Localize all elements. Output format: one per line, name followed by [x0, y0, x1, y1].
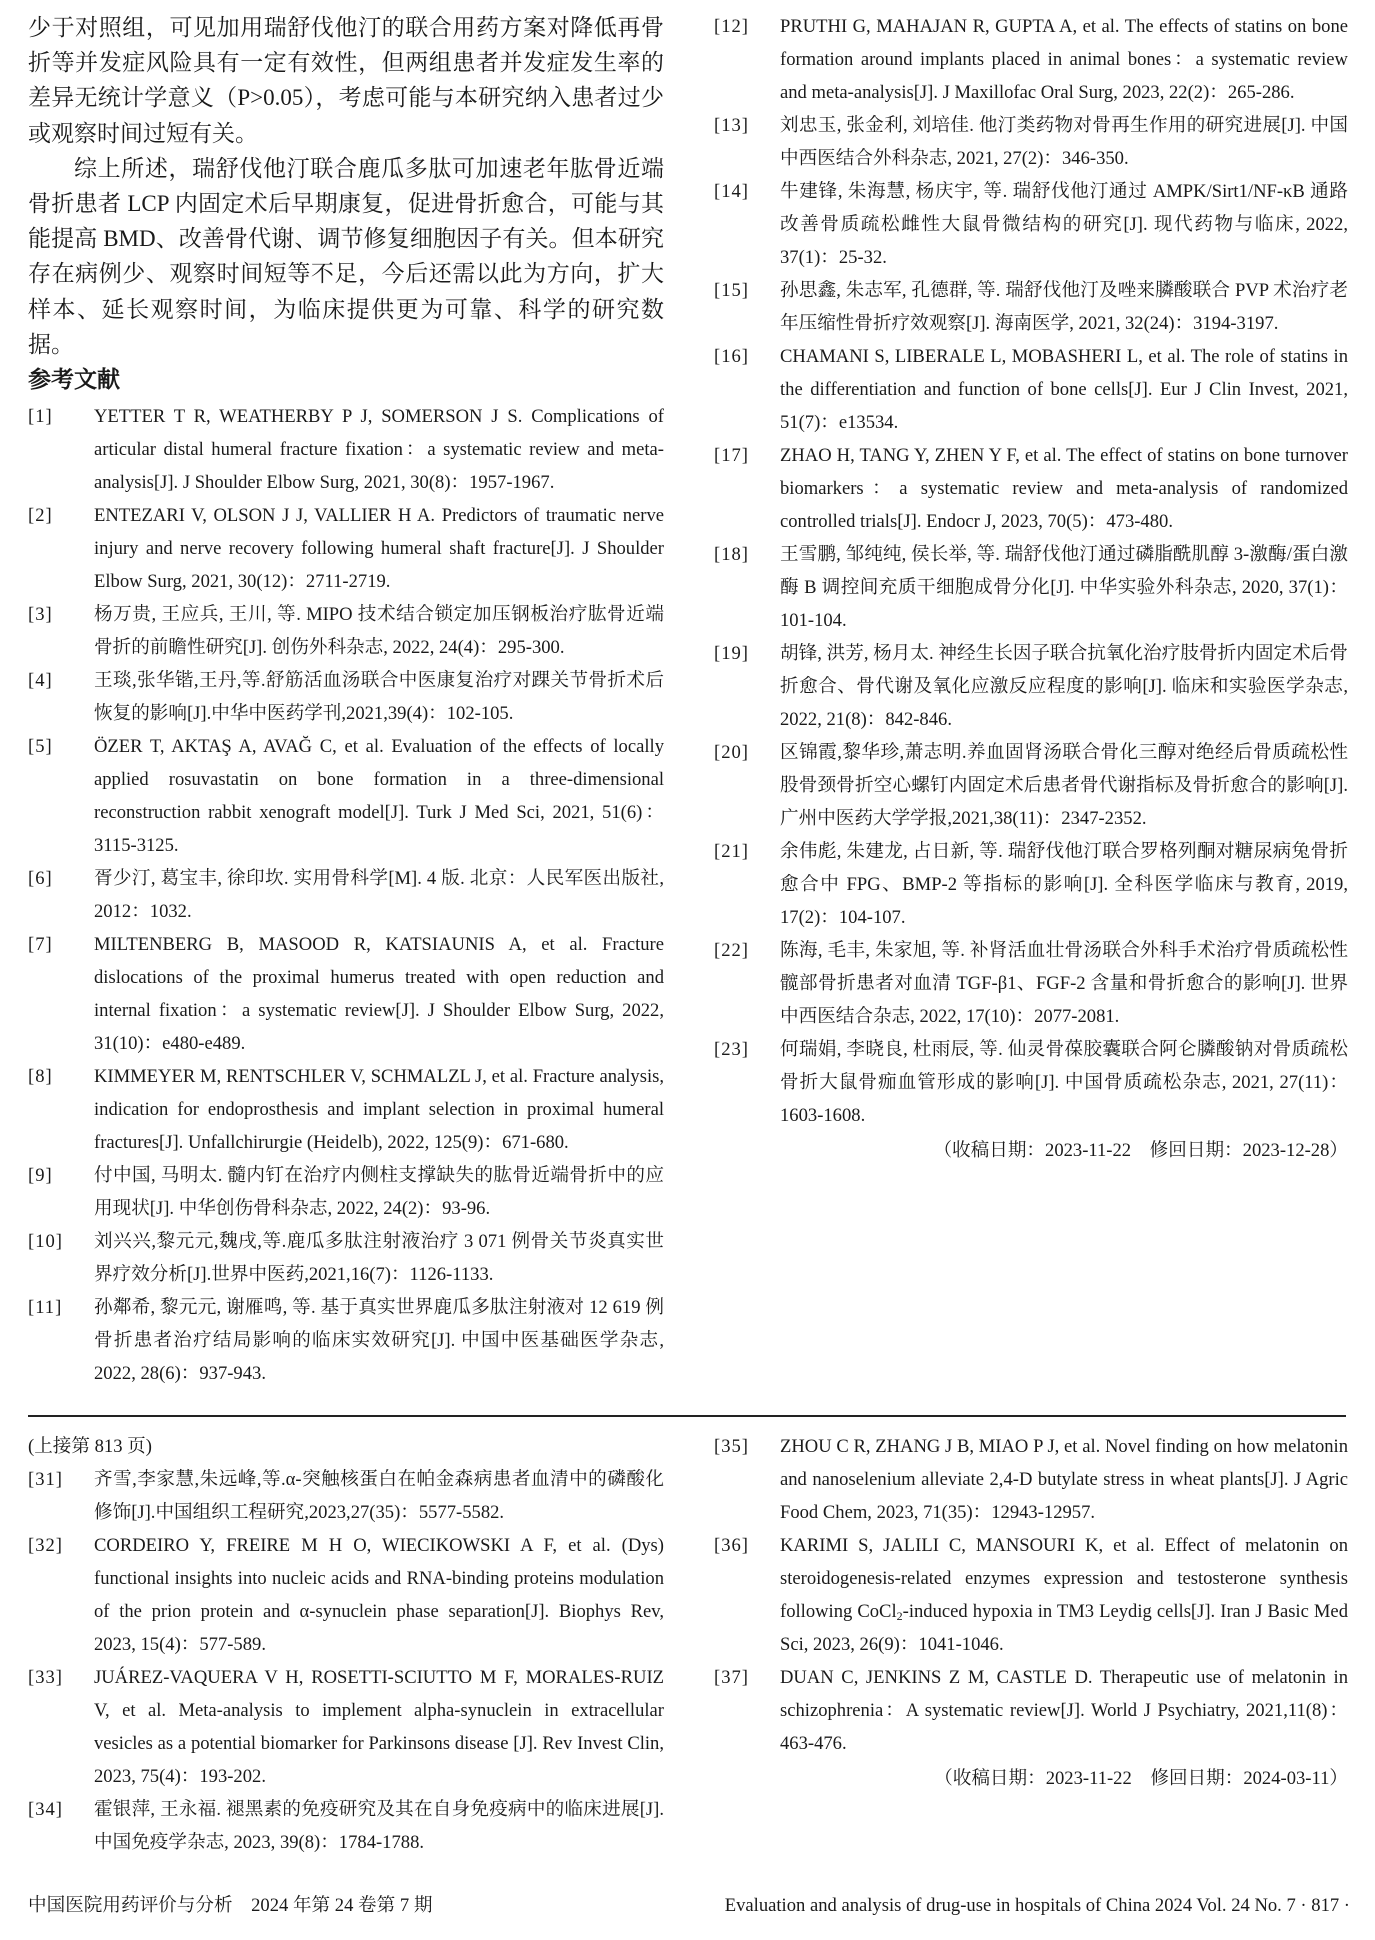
- reference-text: 余伟彪, 朱建龙, 占日新, 等. 瑞舒伐他汀联合罗格列酮对糖尿病兔骨折愈合中 …: [780, 835, 1348, 934]
- reference-text: DUAN C, JENKINS Z M, CASTLE D. Therapeut…: [780, 1661, 1348, 1760]
- lower-right-column: [35]ZHOU C R, ZHANG J B, MIAO P J, et al…: [714, 1430, 1348, 1795]
- reference-number: [10]: [28, 1225, 94, 1291]
- reference-item: [1]YETTER T R, WEATHERBY P J, SOMERSON J…: [28, 400, 664, 499]
- reference-number: [36]: [714, 1529, 780, 1661]
- reference-item: [16]CHAMANI S, LIBERALE L, MOBASHERI L, …: [714, 340, 1348, 439]
- body-paragraph: 少于对照组，可见加用瑞舒伐他汀的联合用药方案对降低再骨折等并发症风险具有一定有效…: [28, 10, 664, 151]
- reference-item: [10]刘兴兴,黎元元,魏戌,等.鹿瓜多肽注射液治疗 3 071 例骨关节炎真实…: [28, 1225, 664, 1291]
- reference-number: [21]: [714, 835, 780, 934]
- lower-left-column: (上接第 813 页) [31]齐雪,李家慧,朱远峰,等.α-突触核蛋白在帕金森…: [28, 1430, 664, 1859]
- reference-item: [35]ZHOU C R, ZHANG J B, MIAO P J, et al…: [714, 1430, 1348, 1529]
- reference-list: [1]YETTER T R, WEATHERBY P J, SOMERSON J…: [28, 400, 664, 1390]
- reference-text: PRUTHI G, MAHAJAN R, GUPTA A, et al. The…: [780, 10, 1348, 109]
- reference-number: [12]: [714, 10, 780, 109]
- reference-text: 杨万贵, 王应兵, 王川, 等. MIPO 技术结合锁定加压钢板治疗肱骨近端骨折…: [94, 598, 664, 664]
- reference-number: [23]: [714, 1033, 780, 1132]
- reference-text: CORDEIRO Y, FREIRE M H O, WIECIKOWSKI A …: [94, 1529, 664, 1661]
- reference-number: [32]: [28, 1529, 94, 1661]
- reference-number: [18]: [714, 538, 780, 637]
- received-revised-dates: （收稿日期：2023-11-22 修回日期：2023-12-28）: [714, 1134, 1348, 1167]
- reference-item: [2]ENTEZARI V, OLSON J J, VALLIER H A. P…: [28, 499, 664, 598]
- reference-number: [13]: [714, 109, 780, 175]
- reference-text: 霍银萍, 王永福. 褪黑素的免疫研究及其在自身免疫病中的临床进展[J]. 中国免…: [94, 1793, 664, 1859]
- reference-text: 齐雪,李家慧,朱远峰,等.α-突触核蛋白在帕金森病患者血清中的磷酸化修饰[J].…: [94, 1463, 664, 1529]
- reference-text: 刘兴兴,黎元元,魏戌,等.鹿瓜多肽注射液治疗 3 071 例骨关节炎真实世界疗效…: [94, 1225, 664, 1291]
- page-footer: 中国医院用药评价与分析 2024 年第 24 卷第 7 期 Evaluation…: [28, 1893, 1350, 1919]
- reference-item: [4]王琰,张华锴,王丹,等.舒筋活血汤联合中医康复治疗对踝关节骨折术后恢复的影…: [28, 664, 664, 730]
- reference-text: 胡锋, 洪芳, 杨月太. 神经生长因子联合抗氧化治疗肢骨折内固定术后骨折愈合、骨…: [780, 637, 1348, 736]
- reference-list: [12]PRUTHI G, MAHAJAN R, GUPTA A, et al.…: [714, 10, 1348, 1132]
- reference-item: [34]霍银萍, 王永福. 褪黑素的免疫研究及其在自身免疫病中的临床进展[J].…: [28, 1793, 664, 1859]
- reference-item: [31]齐雪,李家慧,朱远峰,等.α-突触核蛋白在帕金森病患者血清中的磷酸化修饰…: [28, 1463, 664, 1529]
- reference-number: [17]: [714, 439, 780, 538]
- reference-text: YETTER T R, WEATHERBY P J, SOMERSON J S.…: [94, 400, 664, 499]
- reference-text: 王雪鹏, 邹纯纯, 侯长举, 等. 瑞舒伐他汀通过磷脂酰肌醇 3-激酶/蛋白激酶…: [780, 538, 1348, 637]
- reference-item: [20]区锦霞,黎华珍,萧志明.养血固肾汤联合骨化三醇对绝经后骨质疏松性股骨颈骨…: [714, 736, 1348, 835]
- reference-item: [19]胡锋, 洪芳, 杨月太. 神经生长因子联合抗氧化治疗肢骨折内固定术后骨折…: [714, 637, 1348, 736]
- references-heading: 参考文献: [28, 362, 664, 398]
- reference-text: 付中国, 马明太. 髓内钉在治疗内侧柱支撑缺失的肱骨近端骨折中的应用现状[J].…: [94, 1159, 664, 1225]
- reference-text: 孙思鑫, 朱志军, 孔德群, 等. 瑞舒伐他汀及唑来膦酸联合 PVP 术治疗老年…: [780, 274, 1348, 340]
- reference-number: [3]: [28, 598, 94, 664]
- reference-item: [7]MILTENBERG B, MASOOD R, KATSIAUNIS A,…: [28, 928, 664, 1060]
- reference-number: [1]: [28, 400, 94, 499]
- reference-text: 胥少汀, 葛宝丰, 徐印坎. 实用骨科学[M]. 4 版. 北京：人民军医出版社…: [94, 862, 664, 928]
- reference-item: [6]胥少汀, 葛宝丰, 徐印坎. 实用骨科学[M]. 4 版. 北京：人民军医…: [28, 862, 664, 928]
- reference-item: [14]牛建锋, 朱海慧, 杨庆宇, 等. 瑞舒伐他汀通过 AMPK/Sirt1…: [714, 175, 1348, 274]
- reference-number: [6]: [28, 862, 94, 928]
- reference-item: [23]何瑞娟, 李晓良, 杜雨辰, 等. 仙灵骨葆胶囊联合阿仑膦酸钠对骨质疏松…: [714, 1033, 1348, 1132]
- reference-text: 孙鄰希, 黎元元, 谢雁鸣, 等. 基于真实世界鹿瓜多肽注射液对 12 619 …: [94, 1291, 664, 1390]
- reference-number: [15]: [714, 274, 780, 340]
- reference-number: [33]: [28, 1661, 94, 1793]
- reference-text: ZHOU C R, ZHANG J B, MIAO P J, et al. No…: [780, 1430, 1348, 1529]
- reference-number: [5]: [28, 730, 94, 862]
- reference-text: 何瑞娟, 李晓良, 杜雨辰, 等. 仙灵骨葆胶囊联合阿仑膦酸钠对骨质疏松骨折大鼠…: [780, 1033, 1348, 1132]
- reference-item: [17]ZHAO H, TANG Y, ZHEN Y F, et al. The…: [714, 439, 1348, 538]
- reference-item: [12]PRUTHI G, MAHAJAN R, GUPTA A, et al.…: [714, 10, 1348, 109]
- reference-text: KIMMEYER M, RENTSCHLER V, SCHMALZL J, et…: [94, 1060, 664, 1159]
- reference-number: [4]: [28, 664, 94, 730]
- reference-item: [18]王雪鹏, 邹纯纯, 侯长举, 等. 瑞舒伐他汀通过磷脂酰肌醇 3-激酶/…: [714, 538, 1348, 637]
- reference-text: 刘忠玉, 张金利, 刘培佳. 他汀类药物对骨再生作用的研究进展[J]. 中国中西…: [780, 109, 1348, 175]
- reference-number: [37]: [714, 1661, 780, 1760]
- journal-name-en-page-number: Evaluation and analysis of drug-use in h…: [725, 1893, 1350, 1919]
- conclusion-paragraph: 综上所述，瑞舒伐他汀联合鹿瓜多肽可加速老年肱骨近端骨折患者 LCP 内固定术后早…: [28, 151, 664, 362]
- reference-item: [5]ÖZER T, AKTAŞ A, AVAĞ C, et al. Evalu…: [28, 730, 664, 862]
- reference-item: [11]孙鄰希, 黎元元, 谢雁鸣, 等. 基于真实世界鹿瓜多肽注射液对 12 …: [28, 1291, 664, 1390]
- reference-text: MILTENBERG B, MASOOD R, KATSIAUNIS A, et…: [94, 928, 664, 1060]
- reference-item: [21]余伟彪, 朱建龙, 占日新, 等. 瑞舒伐他汀联合罗格列酮对糖尿病兔骨折…: [714, 835, 1348, 934]
- reference-text: 陈海, 毛丰, 朱家旭, 等. 补肾活血壮骨汤联合外科手术治疗骨质疏松性髋部骨折…: [780, 934, 1348, 1033]
- reference-text: ENTEZARI V, OLSON J J, VALLIER H A. Pred…: [94, 499, 664, 598]
- received-revised-dates: （收稿日期：2023-11-22 修回日期：2024-03-11）: [714, 1762, 1348, 1795]
- journal-name-cn: 中国医院用药评价与分析 2024 年第 24 卷第 7 期: [28, 1893, 432, 1919]
- reference-text: ÖZER T, AKTAŞ A, AVAĞ C, et al. Evaluati…: [94, 730, 664, 862]
- reference-number: [14]: [714, 175, 780, 274]
- article-divider: [28, 1415, 1346, 1417]
- reference-text: 区锦霞,黎华珍,萧志明.养血固肾汤联合骨化三醇对绝经后骨质疏松性股骨颈骨折空心螺…: [780, 736, 1348, 835]
- reference-text: CHAMANI S, LIBERALE L, MOBASHERI L, et a…: [780, 340, 1348, 439]
- reference-number: [16]: [714, 340, 780, 439]
- reference-number: [2]: [28, 499, 94, 598]
- reference-number: [35]: [714, 1430, 780, 1529]
- reference-item: [32]CORDEIRO Y, FREIRE M H O, WIECIKOWSK…: [28, 1529, 664, 1661]
- reference-item: [15]孙思鑫, 朱志军, 孔德群, 等. 瑞舒伐他汀及唑来膦酸联合 PVP 术…: [714, 274, 1348, 340]
- reference-text: ZHAO H, TANG Y, ZHEN Y F, et al. The eff…: [780, 439, 1348, 538]
- reference-number: [20]: [714, 736, 780, 835]
- reference-number: [11]: [28, 1291, 94, 1390]
- reference-number: [34]: [28, 1793, 94, 1859]
- reference-item: [13]刘忠玉, 张金利, 刘培佳. 他汀类药物对骨再生作用的研究进展[J]. …: [714, 109, 1348, 175]
- reference-list: [35]ZHOU C R, ZHANG J B, MIAO P J, et al…: [714, 1430, 1348, 1760]
- reference-text: KARIMI S, JALILI C, MANSOURI K, et al. E…: [780, 1529, 1348, 1661]
- reference-text: 牛建锋, 朱海慧, 杨庆宇, 等. 瑞舒伐他汀通过 AMPK/Sirt1/NF-…: [780, 175, 1348, 274]
- reference-number: [8]: [28, 1060, 94, 1159]
- reference-number: [9]: [28, 1159, 94, 1225]
- reference-item: [22]陈海, 毛丰, 朱家旭, 等. 补肾活血壮骨汤联合外科手术治疗骨质疏松性…: [714, 934, 1348, 1033]
- reference-item: [3]杨万贵, 王应兵, 王川, 等. MIPO 技术结合锁定加压钢板治疗肱骨近…: [28, 598, 664, 664]
- reference-item: [33]JUÁREZ-VAQUERA V H, ROSETTI-SCIUTTO …: [28, 1661, 664, 1793]
- reference-list: [31]齐雪,李家慧,朱远峰,等.α-突触核蛋白在帕金森病患者血清中的磷酸化修饰…: [28, 1463, 664, 1859]
- reference-item: [9]付中国, 马明太. 髓内钉在治疗内侧柱支撑缺失的肱骨近端骨折中的应用现状[…: [28, 1159, 664, 1225]
- left-column: 少于对照组，可见加用瑞舒伐他汀的联合用药方案对降低再骨折等并发症风险具有一定有效…: [28, 10, 664, 1390]
- reference-item: [37]DUAN C, JENKINS Z M, CASTLE D. Thera…: [714, 1661, 1348, 1760]
- reference-item: [8]KIMMEYER M, RENTSCHLER V, SCHMALZL J,…: [28, 1060, 664, 1159]
- reference-number: [31]: [28, 1463, 94, 1529]
- continued-from-note: (上接第 813 页): [28, 1430, 664, 1463]
- reference-text: 王琰,张华锴,王丹,等.舒筋活血汤联合中医康复治疗对踝关节骨折术后恢复的影响[J…: [94, 664, 664, 730]
- reference-text: JUÁREZ-VAQUERA V H, ROSETTI-SCIUTTO M F,…: [94, 1661, 664, 1793]
- right-column: [12]PRUTHI G, MAHAJAN R, GUPTA A, et al.…: [714, 10, 1348, 1167]
- reference-number: [19]: [714, 637, 780, 736]
- reference-item: [36]KARIMI S, JALILI C, MANSOURI K, et a…: [714, 1529, 1348, 1661]
- reference-number: [22]: [714, 934, 780, 1033]
- reference-number: [7]: [28, 928, 94, 1060]
